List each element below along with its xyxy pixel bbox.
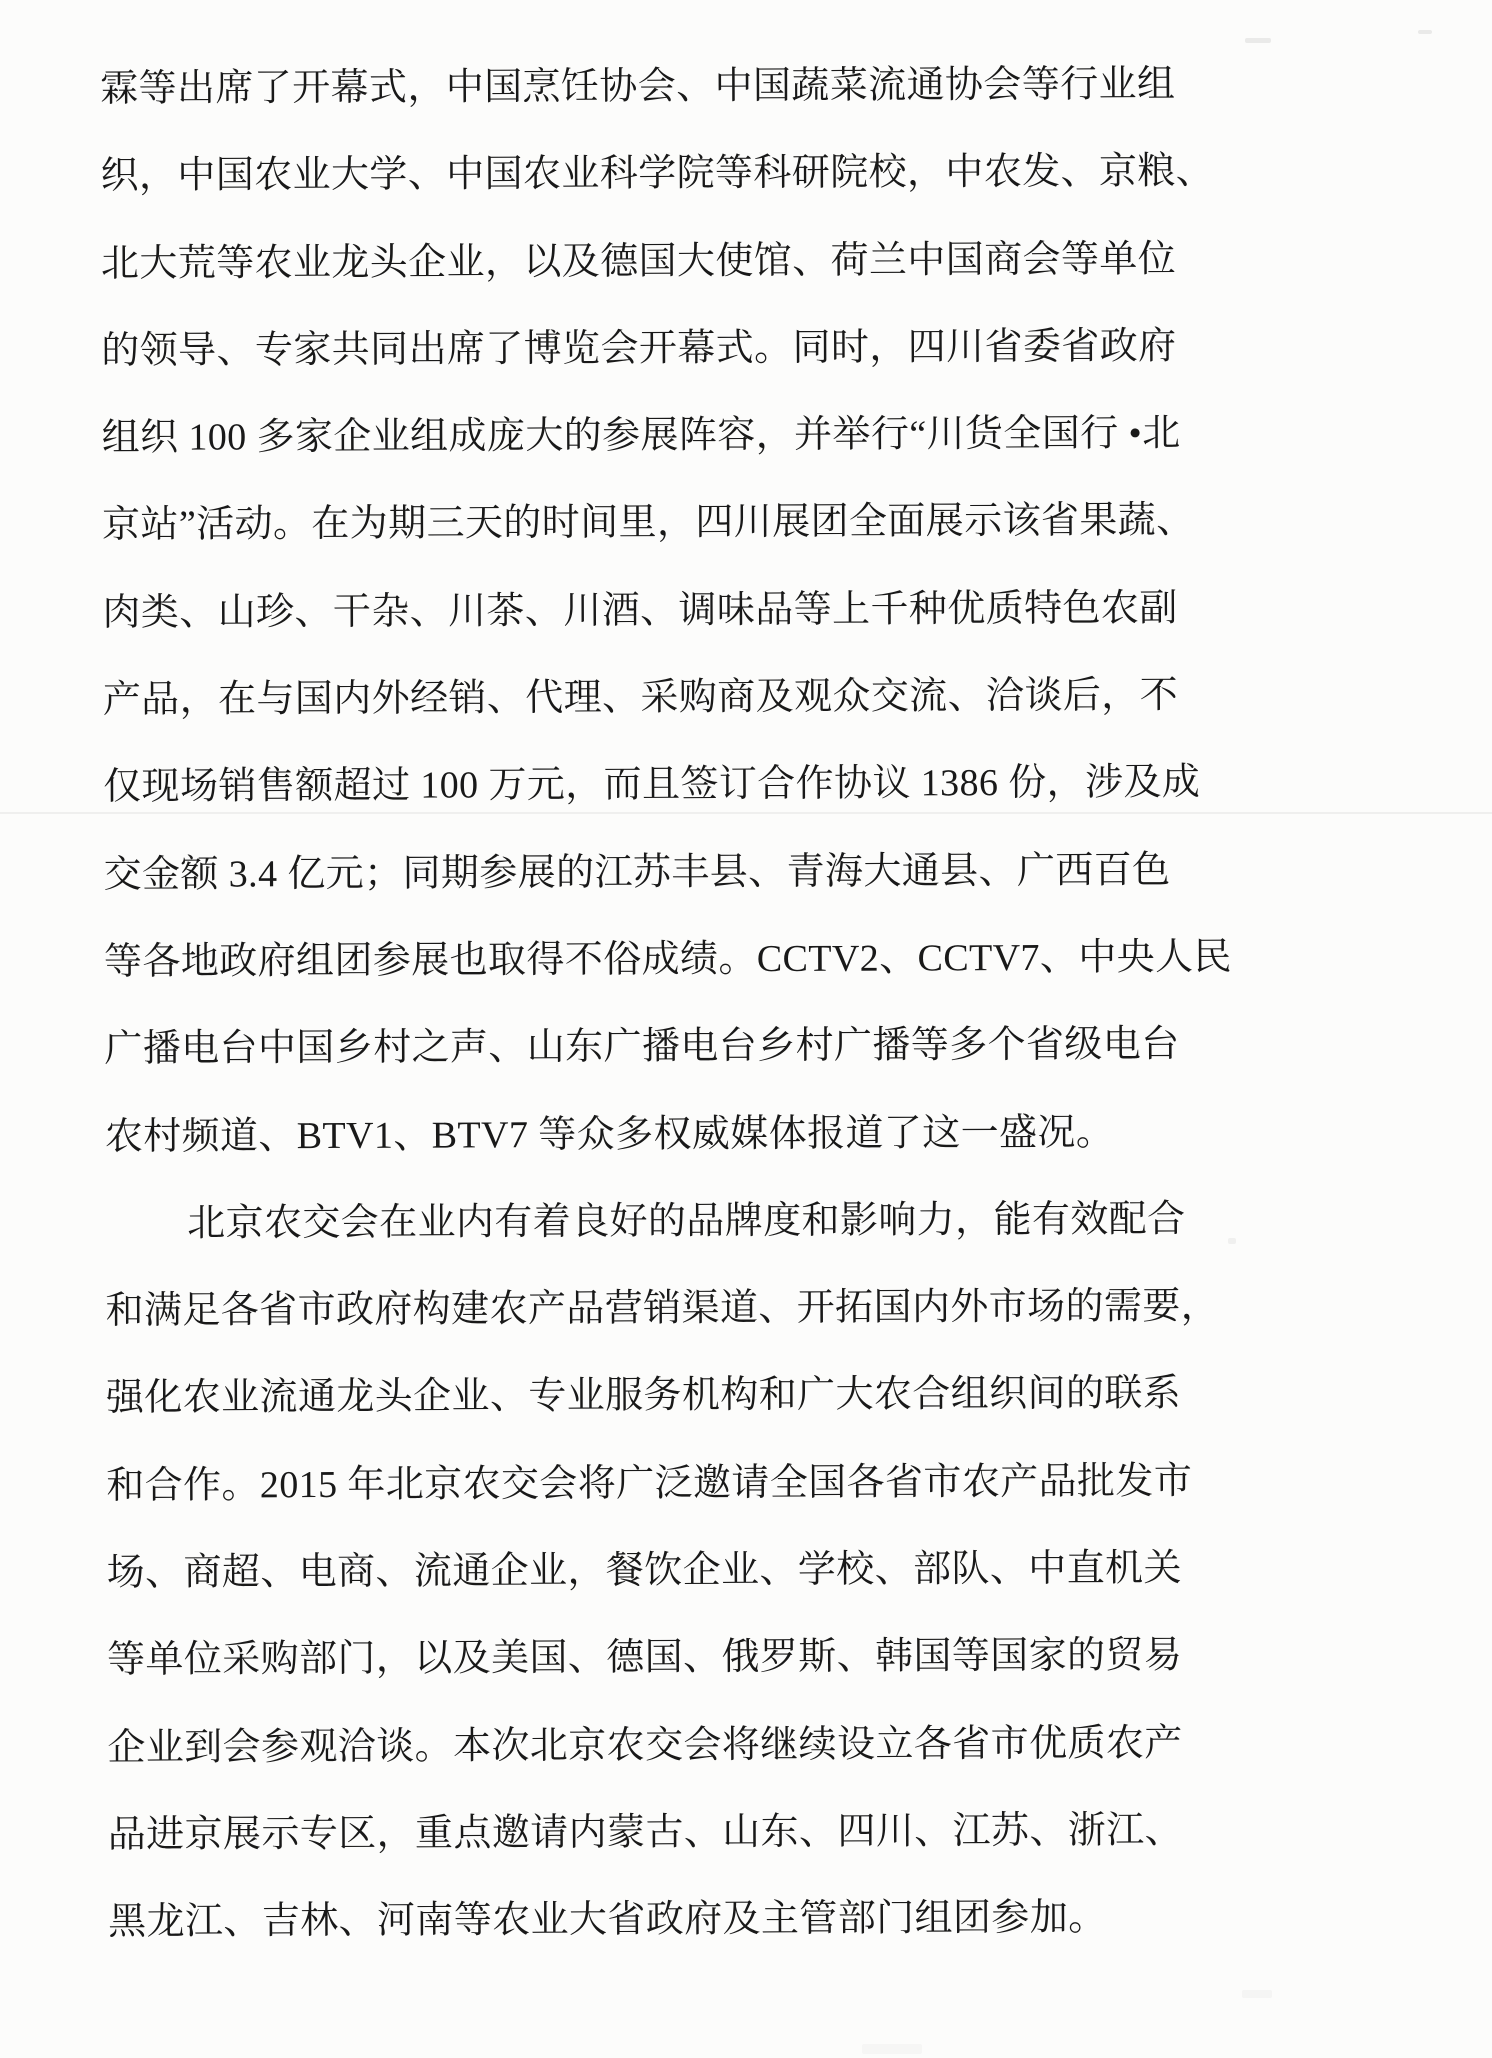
text-line: 织，中国农业大学、中国农业科学院等科研院校，中农发、京粮、: [100, 129, 1146, 221]
scan-speck: [1418, 30, 1432, 34]
text-line: 组织 100 多家企业组成庞大的参展阵容，并举行“川货全国行 •北: [102, 391, 1148, 483]
scan-speck: [862, 2044, 922, 2054]
text-line: 场、商超、电商、流通企业，餐饮企业、学校、部队、中直机关: [106, 1525, 1152, 1617]
text-line: 和满足各省市政府构建农产品营销渠道、开拓国内外市场的需要，: [105, 1264, 1151, 1356]
document-text: 霖等出席了开幕式，中国烹饪协会、中国蔬菜流通协会等行业组织，中国农业大学、中国农…: [100, 41, 1154, 1966]
text-line: 霖等出席了开幕式，中国烹饪协会、中国蔬菜流通协会等行业组: [100, 41, 1146, 133]
text-line: 北京农交会在业内有着良好的品牌度和影响力，能有效配合: [105, 1176, 1151, 1268]
text-line: 仅现场销售额超过 100 万元，而且签订合作协议 1386 份，涉及成: [103, 740, 1149, 832]
scan-speck: [1228, 1238, 1236, 1244]
scan-artifact-line: [0, 812, 1492, 814]
text-line: 农村频道、BTV1、BTV7 等众多权威媒体报道了这一盛况。: [105, 1089, 1151, 1181]
text-line: 品进京展示专区，重点邀请内蒙古、山东、四川、江苏、浙江、: [108, 1787, 1154, 1879]
document-page: 霖等出席了开幕式，中国烹饪协会、中国蔬菜流通协会等行业组织，中国农业大学、中国农…: [0, 0, 1492, 2058]
text-line: 北大荒等农业龙头企业，以及德国大使馆、荷兰中国商会等单位: [101, 216, 1147, 308]
text-line: 强化农业流通龙头企业、专业服务机构和广大农合组织间的联系: [106, 1351, 1152, 1443]
text-line: 广播电台中国乡村之声、山东广播电台乡村广播等多个省级电台: [104, 1002, 1150, 1094]
text-line: 交金额 3.4 亿元；同期参展的江苏丰县、青海大通县、广西百色: [103, 827, 1149, 919]
text-line: 企业到会参观洽谈。本次北京农交会将继续设立各省市优质农产: [107, 1700, 1153, 1792]
text-line: 等各地政府组团参展也取得不俗成绩。CCTV2、CCTV7、中央人民: [104, 914, 1150, 1006]
text-line: 京站”活动。在为期三天的时间里，四川展团全面展示该省果蔬、: [102, 478, 1148, 570]
scan-speck: [1242, 1990, 1272, 1998]
text-line: 的领导、专家共同出席了博览会开幕式。同时，四川省委省政府: [101, 303, 1147, 395]
text-line: 和合作。2015 年北京农交会将广泛邀请全国各省市农产品批发市: [106, 1438, 1152, 1530]
scan-speck: [1245, 38, 1271, 43]
text-line: 产品，在与国内外经销、代理、采购商及观众交流、洽谈后，不: [103, 653, 1149, 745]
text-line: 肉类、山珍、干杂、川茶、川酒、调味品等上千种优质特色农副: [102, 565, 1148, 657]
text-line: 等单位采购部门，以及美国、德国、俄罗斯、韩国等国家的贸易: [107, 1613, 1153, 1705]
text-line: 黑龙江、吉林、河南等农业大省政府及主管部门组团参加。: [108, 1875, 1154, 1967]
